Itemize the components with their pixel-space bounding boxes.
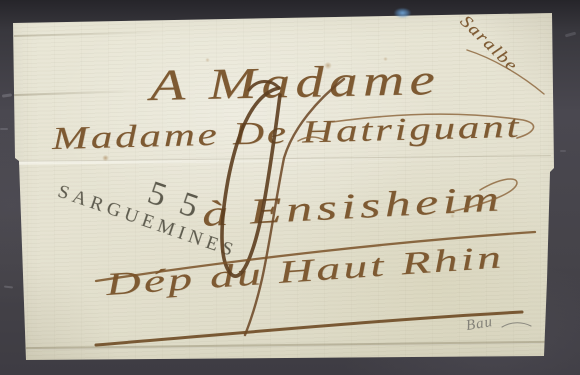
foxing-spot: [102, 155, 109, 161]
paper-crease: [13, 90, 138, 96]
address-line-1: A Madame: [150, 58, 441, 108]
paper-crease: [14, 31, 164, 37]
paper-fold-crease: [26, 341, 545, 350]
surface-scratch: [0, 128, 8, 130]
surface-scratch: [560, 150, 566, 152]
surface-scratch: [4, 286, 13, 289]
blue-paint-mark: [394, 8, 411, 18]
photo-of-folded-letter: 5 5 SARGUEMINES A Madame Madame De Hatri…: [0, 0, 580, 375]
surface-scratch: [565, 32, 576, 38]
surface-scratch: [2, 93, 12, 97]
